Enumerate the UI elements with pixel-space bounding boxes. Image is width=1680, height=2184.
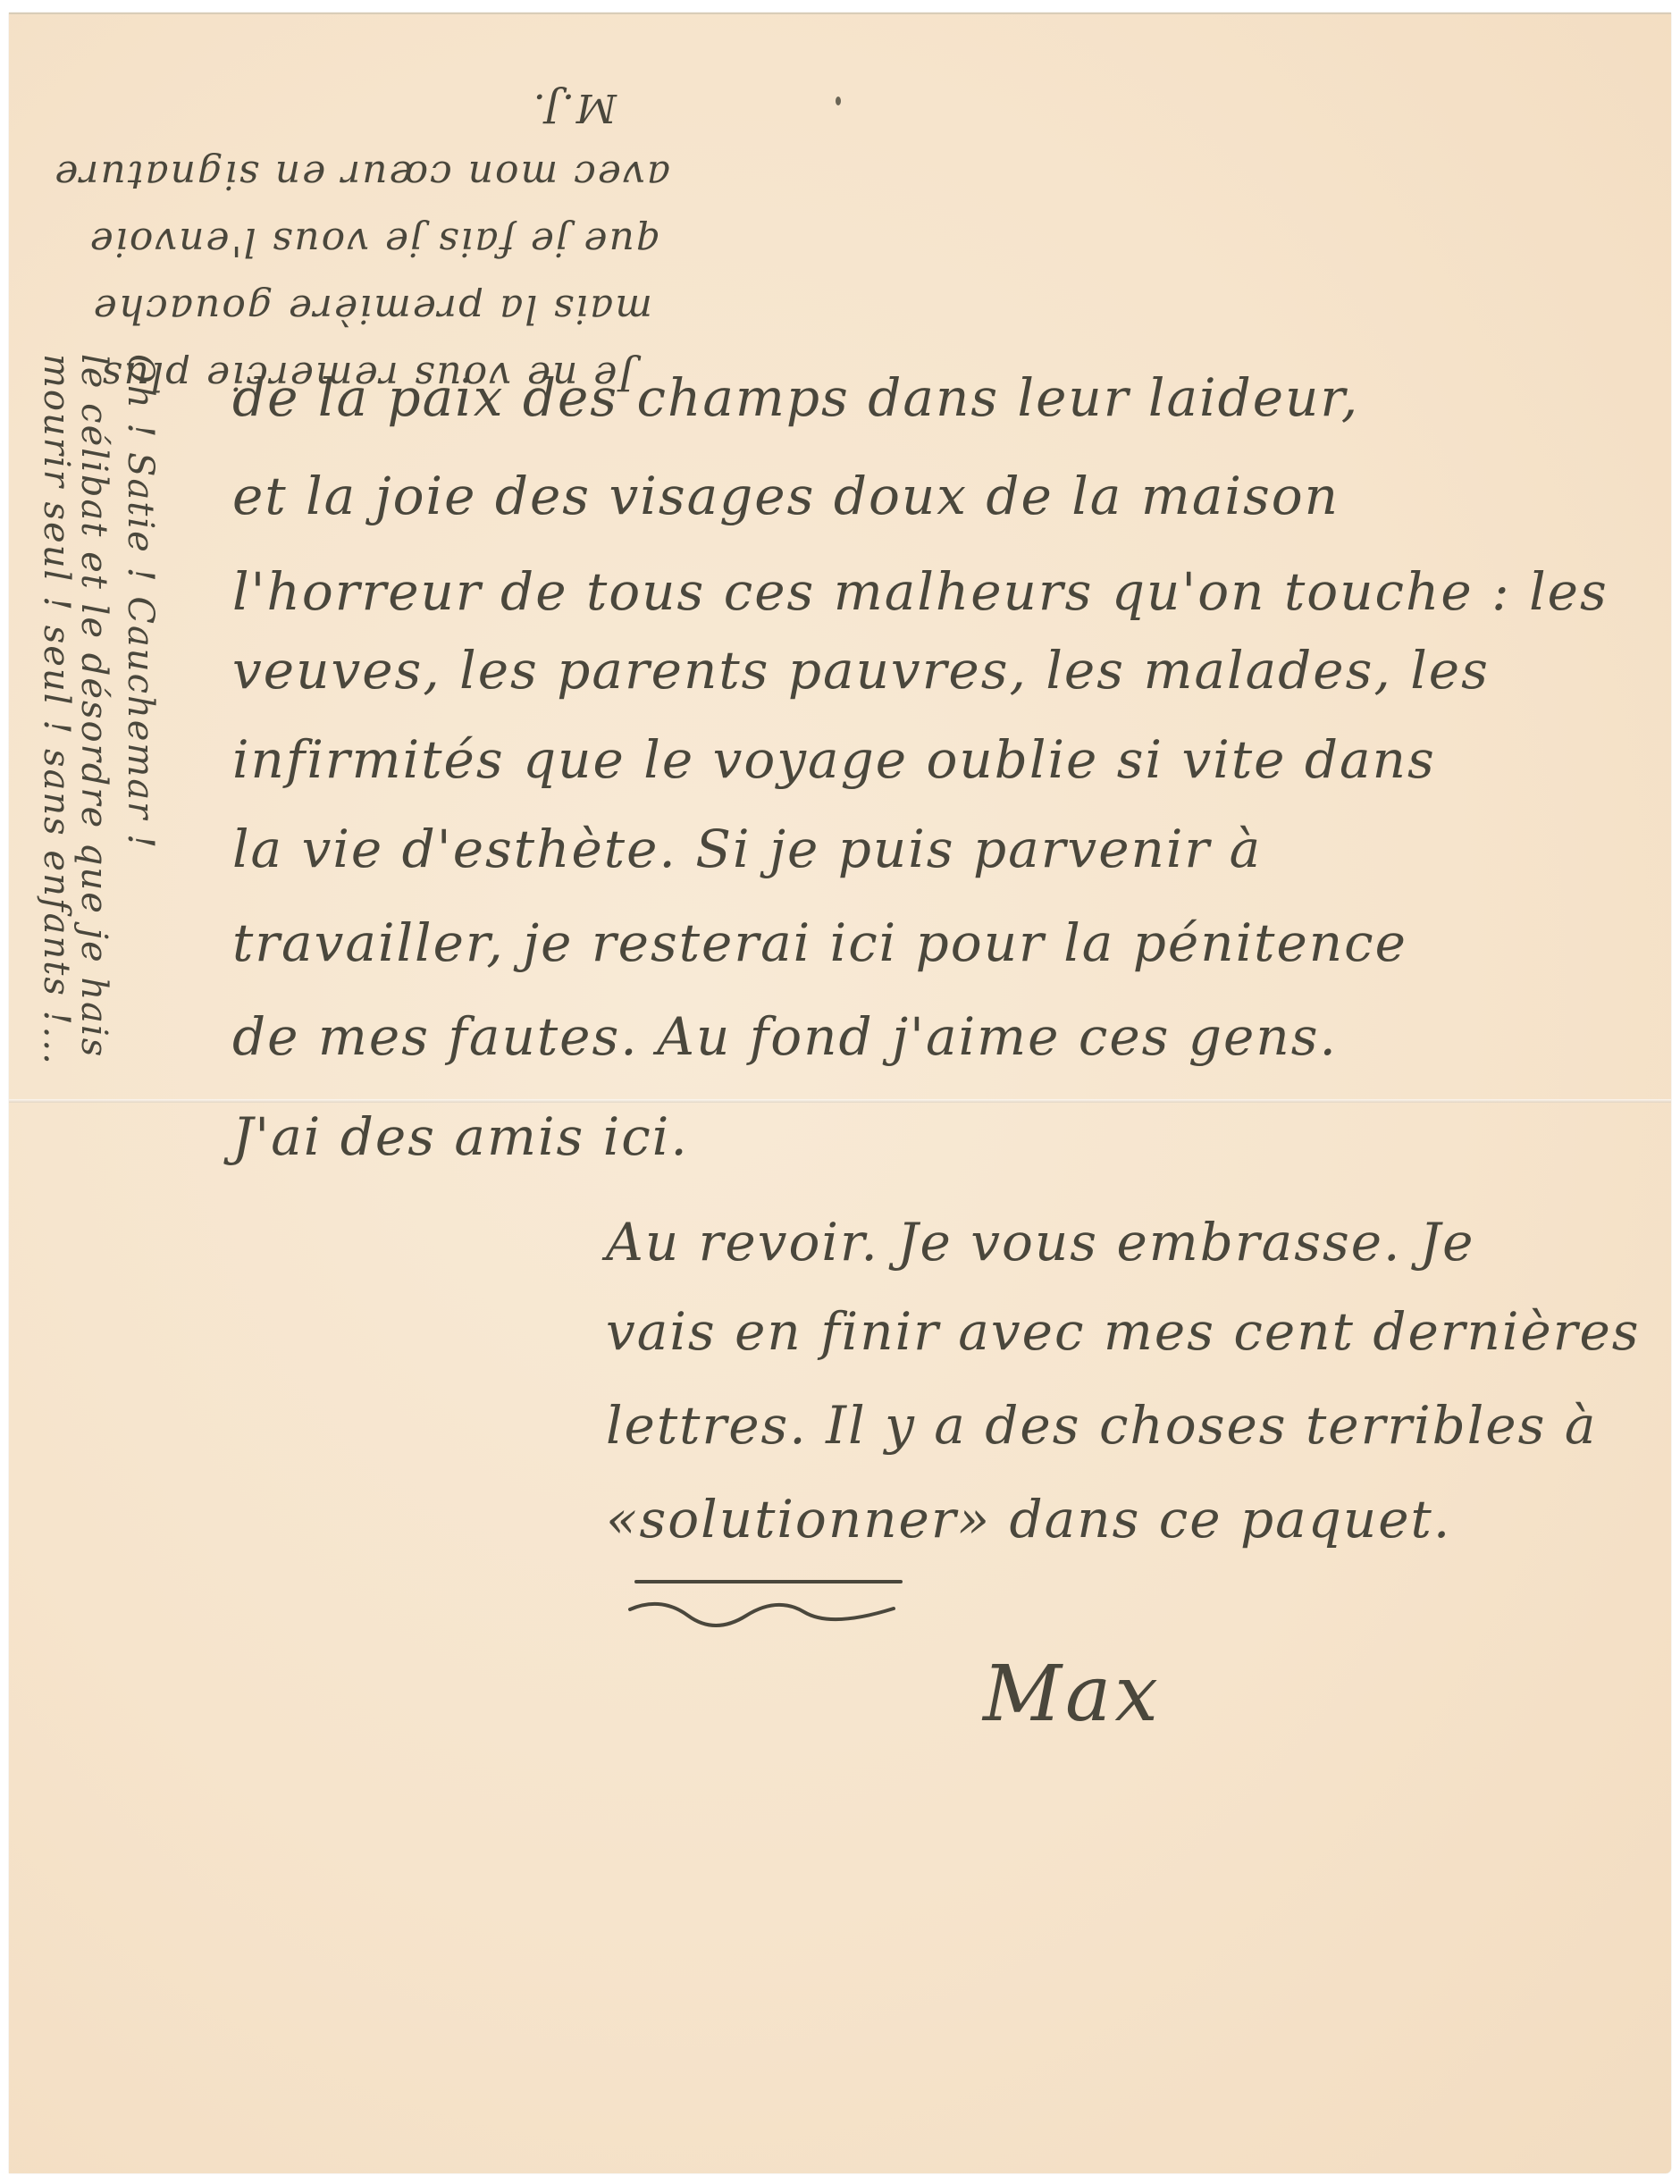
body-line: travailler, je resterai ici pour la péni… — [232, 912, 1407, 973]
postscript-line: avec mon cœur en signature — [53, 152, 670, 197]
margin-note-line: mourir seul ! seul ! sans enfants !... — [36, 354, 77, 1066]
body-line: l'horreur de tous ces malheurs qu'on tou… — [232, 561, 1609, 622]
margin-note-column: Oh ! Satie ! Cauchemar ! — [120, 354, 161, 1122]
margin-note-line: Oh ! Satie ! Cauchemar ! — [120, 354, 161, 850]
paper-fold-line — [9, 1099, 1671, 1103]
closing-line: Au revoir. Je vous embrasse. Je — [606, 1212, 1475, 1273]
underline-stroke — [634, 1580, 903, 1583]
margin-note-column: le célibat et le désordre que je hais — [73, 354, 114, 1122]
body-line: infirmités que le voyage oublie si vite … — [232, 729, 1436, 790]
body-line: J'ai des amis ici. — [232, 1106, 689, 1167]
postscript-initials: M.J. — [532, 85, 617, 130]
body-line: de la paix des champs dans leur laideur, — [232, 367, 1359, 428]
margin-note-column: mourir seul ! seul ! sans enfants !... — [36, 354, 77, 1122]
body-line: et la joie des visages doux de la maison — [232, 466, 1340, 526]
postscript-line: mais la première gouache — [92, 286, 652, 332]
closing-line: lettres. Il y a des choses terribles à — [606, 1395, 1597, 1456]
margin-note-line: le célibat et le désordre que je hais — [73, 354, 114, 1058]
ink-speck — [836, 97, 841, 105]
wavy-underline-stroke — [626, 1596, 903, 1632]
body-line: veuves, les parents pauvres, les malades… — [232, 640, 1490, 701]
postscript-line: que je fais je vous l'envoie — [88, 219, 661, 265]
body-line: de mes fautes. Au fond j'aime ces gens. — [232, 1006, 1338, 1067]
closing-line: «solutionner» dans ce paquet. — [606, 1489, 1451, 1550]
letter-page: Je ne vous remercie plus mais la premièr… — [9, 13, 1671, 2173]
body-line: la vie d'esthète. Si je puis parvenir à — [232, 819, 1262, 879]
closing-line: vais en finir avec mes cent dernières — [606, 1301, 1641, 1362]
signature: Max — [983, 1650, 1162, 1739]
